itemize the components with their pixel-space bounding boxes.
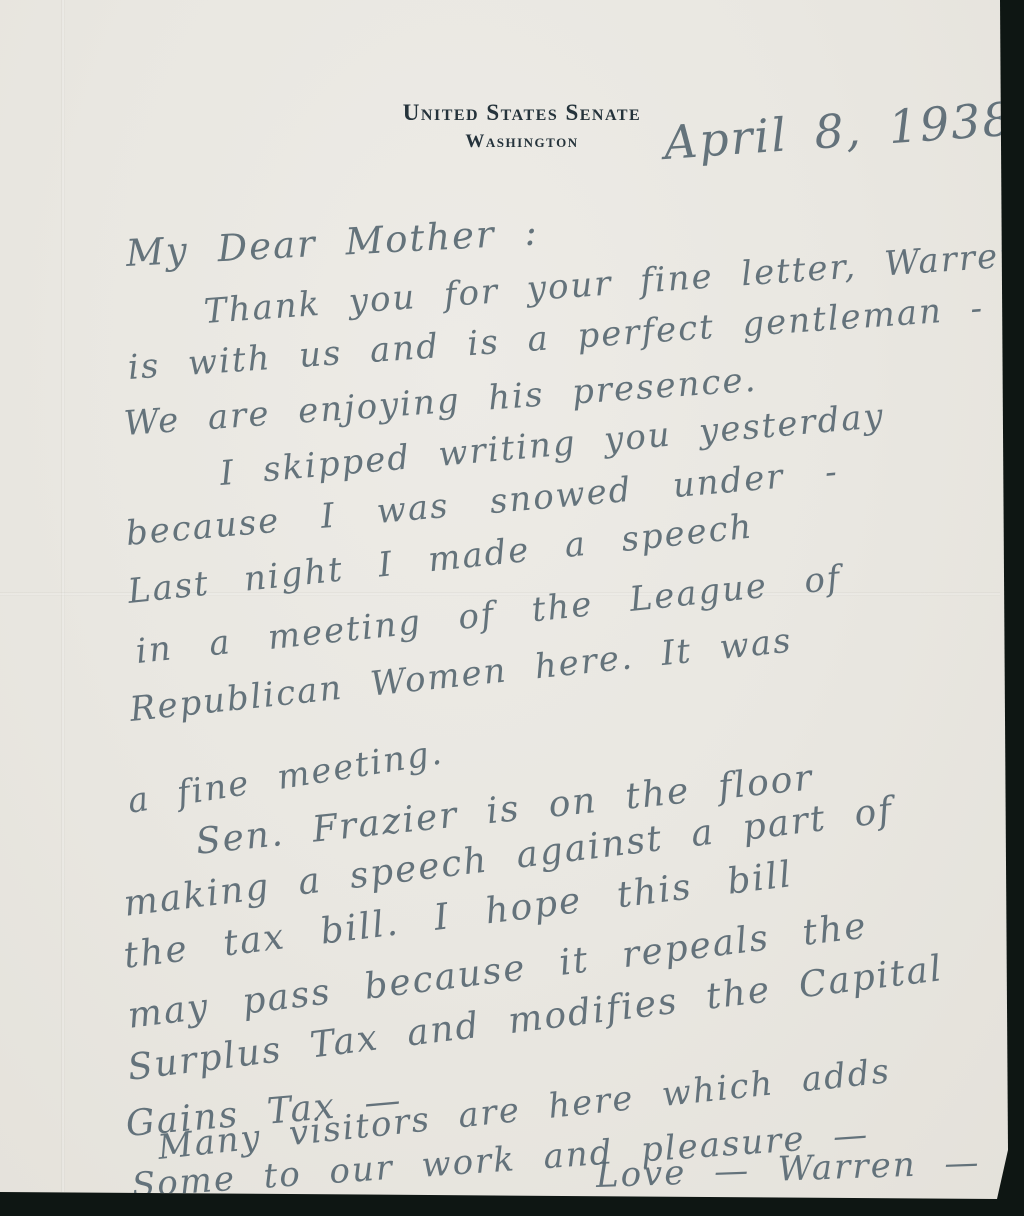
salutation: My Dear Mother :: [125, 210, 540, 275]
vertical-fold-crease: [61, 0, 65, 1192]
letterhead-city: Washington: [322, 131, 722, 153]
letter-page: United States Senate Washington April 8,…: [0, 0, 1024, 1216]
scan-background: United States Senate Washington April 8,…: [0, 0, 1024, 1216]
